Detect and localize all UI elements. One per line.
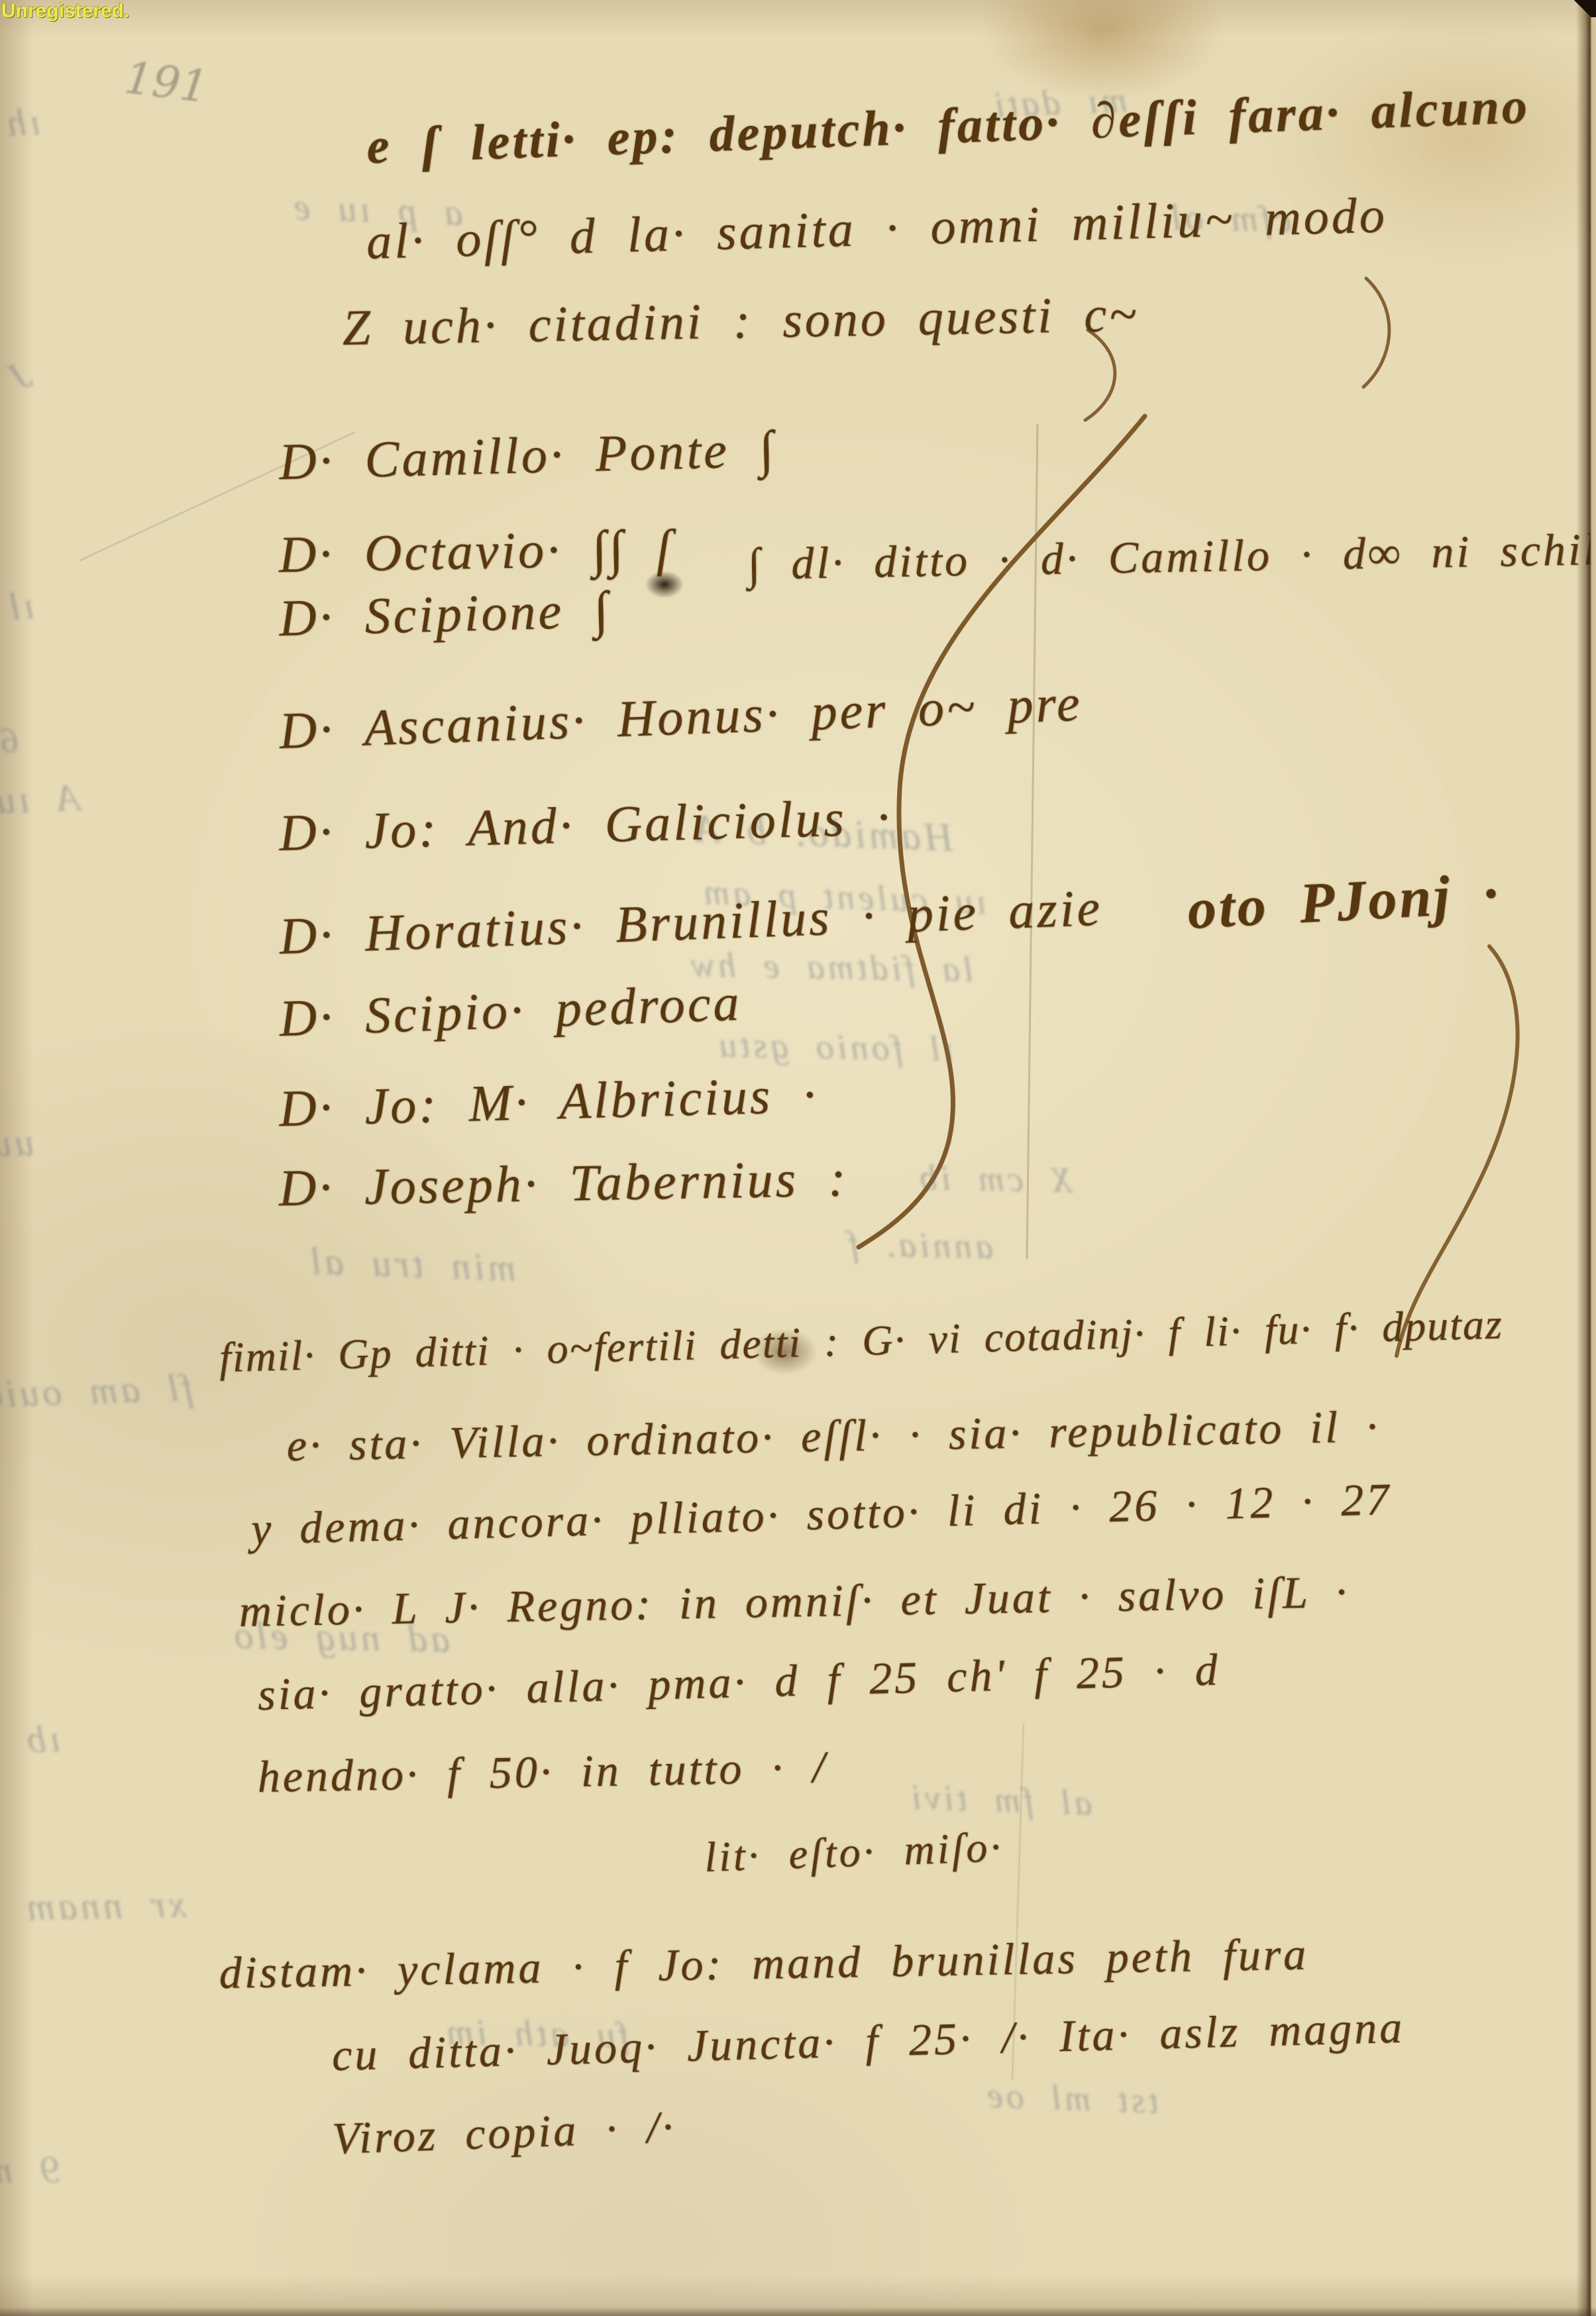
body-line: miclo· L J· Regno: in omniſ· et Juat · s… [239, 1566, 1350, 1637]
deputy-name: D· Octavio· ∫∫ ſ [278, 518, 674, 584]
body-line: fimil· Gp ditti · o~fertili detti : G· v… [219, 1299, 1504, 1382]
bleedthrough-line: A ıu chl [0, 775, 81, 826]
bleedthrough-line: ıl fonio gstu [716, 1024, 954, 1070]
signature-flourish-stroke [1397, 946, 1518, 1356]
body-line: e· sta· Villa· ordinato· eſſl· · sia· re… [286, 1400, 1381, 1472]
bleedthrough-line: 6 [0, 720, 19, 761]
body-line: hendno· f 50· in tutto · / [257, 1741, 828, 1803]
scanner-watermark: Unregistered. [1, 0, 129, 23]
deputy-name: D· Jo: M· Albricius · [278, 1065, 819, 1138]
bleedthrough-line: J in oli amu [0, 351, 38, 500]
deputy-name: D· Scipio· pedroca [278, 973, 743, 1048]
page-corner-shadow [1573, 0, 1596, 17]
closing-line: distam· yclama · f Jo: mand brunillas pe… [219, 1928, 1309, 1999]
bleedthrough-line: X cm ib [916, 1157, 1073, 1201]
bleedthrough-line: al fm tivi [908, 1776, 1093, 1824]
manuscript-page: ıh ım alJ in oli amua p ıu emı daticfm o… [0, 0, 1596, 2316]
bleedthrough-line: annia. f [845, 1223, 994, 1267]
bleedthrough-line: tst ml oe [983, 2075, 1159, 2122]
header-line: e ſ letti· ep: deputch· fatto· ∂eſſi far… [366, 78, 1530, 176]
deputy-name: D· Scipione ∫ [278, 580, 612, 648]
closing-line: Viroz copia · /· [331, 2101, 676, 2165]
page-bottom-shadow [0, 2307, 1596, 2316]
bleedthrough-line: ıb fl anm [0, 1716, 61, 1767]
line-end-squiggle [1363, 278, 1389, 387]
signature: oto PJonj · [1186, 859, 1502, 942]
header-line: Z uch· citadini : sono questi c~ [342, 286, 1140, 357]
bleedthrough-line: ıh ım al [0, 99, 41, 150]
annotation: ∫ dl· ditto · d· Camillo · d∞ ni schilus… [747, 522, 1596, 590]
header-line: al· oſſ° d la· sanita · omni milliu~ mod… [366, 187, 1388, 271]
book-edge [1576, 0, 1596, 2316]
bleedthrough-line: 9 ml au [0, 2147, 60, 2194]
bleedthrough-line: ıl ftu ad [0, 583, 36, 637]
body-line: y dema· ancora· plliato· sotto· li di · … [250, 1473, 1392, 1555]
bleedthrough-line: min tru al [307, 1239, 517, 1290]
bleedthrough-line: fl am ouio [0, 1365, 193, 1417]
deputy-name: D· Ascanius· Honus· per o~ pre [278, 673, 1083, 761]
page-number-pencil: 191 [122, 52, 211, 113]
deputy-name: D· Joseph· Tabernius : [278, 1148, 849, 1218]
bleedthrough-line: xr nnam J [0, 1882, 186, 1930]
deputy-name: D· Camillo· Ponte ∫ [278, 419, 777, 492]
bleedthrough-line: uuy am [0, 1120, 34, 1170]
centered-line: lit· eſto· miſo· [704, 1822, 1004, 1882]
